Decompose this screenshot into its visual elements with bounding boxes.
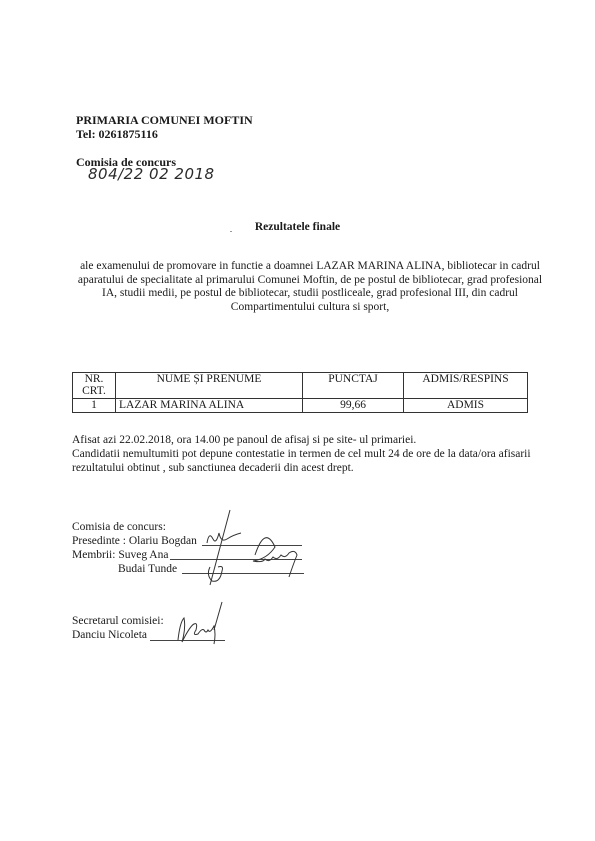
document-title: Rezultatele finale xyxy=(0,221,595,233)
committee-handwritten-signatures xyxy=(195,505,305,590)
committee-heading: Comisia de concurs: xyxy=(72,520,197,534)
header-nr-crt: NR. CRT. xyxy=(73,373,116,399)
posting-notice-line2: Candidatii nemultumiti pot depune contes… xyxy=(72,447,542,475)
committee-president: Presedinte : Olariu Bogdan xyxy=(72,534,197,548)
header-result: ADMIS/RESPINS xyxy=(404,373,528,399)
committee-signature-block: Comisia de concurs: Presedinte : Olariu … xyxy=(72,520,197,576)
cell-score: 99,66 xyxy=(303,399,404,413)
results-table: NR. CRT. NUME ȘI PRENUME PUNCTAJ ADMIS/R… xyxy=(72,372,528,413)
institution-name: PRIMARIA COMUNEI MOFTIN xyxy=(76,113,253,127)
handwritten-registration-number: 804/22 02 2018 xyxy=(88,165,215,183)
scan-speck xyxy=(230,231,232,232)
intro-paragraph: ale examenului de promovare in functie a… xyxy=(70,260,550,314)
committee-member-2: Budai Tunde xyxy=(72,562,197,576)
table-row: 1 LAZAR MARINA ALINA 99,66 ADMIS xyxy=(73,399,528,413)
secretary-signature-block: Secretarul comisiei: Danciu Nicoleta xyxy=(72,614,164,642)
secretary-handwritten-signature xyxy=(170,600,230,648)
posting-notice: Afisat azi 22.02.2018, ora 14.00 pe pano… xyxy=(72,433,542,475)
posting-notice-line1: Afisat azi 22.02.2018, ora 14.00 pe pano… xyxy=(72,433,542,447)
header-score: PUNCTAJ xyxy=(303,373,404,399)
cell-nr: 1 xyxy=(73,399,116,413)
institution-phone: Tel: 0261875116 xyxy=(76,127,158,141)
secretary-heading: Secretarul comisiei: xyxy=(72,614,164,628)
cell-result: ADMIS xyxy=(404,399,528,413)
header-name: NUME ȘI PRENUME xyxy=(116,373,303,399)
cell-name: LAZAR MARINA ALINA xyxy=(116,399,303,413)
table-header-row: NR. CRT. NUME ȘI PRENUME PUNCTAJ ADMIS/R… xyxy=(73,373,528,399)
